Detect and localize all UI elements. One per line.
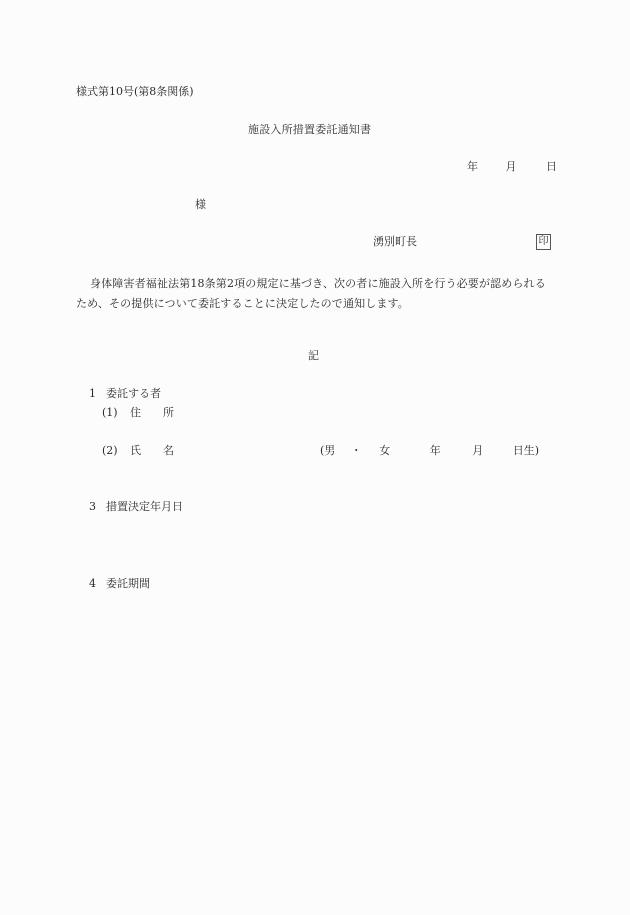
item-number: 1 [89, 388, 106, 399]
gender-male-label: (男 [320, 445, 335, 456]
ki-heading: 記 [308, 350, 319, 361]
date-month-label: 月 [506, 161, 517, 172]
item-label: 委託期間 [106, 577, 150, 590]
sub-item-label-b: 所 [163, 406, 174, 419]
gender-female-label: 女 [379, 445, 390, 456]
birth-month-label: 月 [472, 445, 483, 456]
date-line: 年 月 日 [467, 161, 557, 172]
item-entrust-period: 4委託期間 [89, 578, 150, 589]
sub-item-label-a: 氏 [130, 445, 141, 456]
seal-icon: 印 [536, 234, 551, 250]
item-label: 措置決定年月日 [106, 500, 183, 513]
sub-item-name: (2)氏名 [102, 445, 174, 456]
sub-item-address: (1)住所 [102, 407, 174, 418]
date-year-label: 年 [467, 161, 478, 172]
body-text: 身体障害者福祉法第18条第2項の規定に基づき、次の者に施設入所を行う必要が認めら… [76, 274, 556, 314]
form-number: 様式第10号(第8条関係) [76, 86, 194, 97]
item-label: 委託する者 [106, 387, 161, 400]
item-entrusted-person: 1委託する者 [89, 388, 161, 399]
gender-birthdate: (男 ・ 女 年 月 日生) [320, 445, 539, 456]
item-number: 3 [89, 501, 106, 512]
gender-separator: ・ [351, 445, 362, 456]
item-number: 4 [89, 578, 106, 589]
document-title: 施設入所措置委託通知書 [248, 124, 371, 135]
item-decision-date: 3措置決定年月日 [89, 501, 183, 512]
sub-item-number: (1) [102, 407, 130, 418]
sub-item-label-b: 名 [163, 444, 174, 457]
issuer-name: 湧別町長 [373, 236, 417, 247]
sub-item-label-a: 住 [130, 407, 141, 418]
sub-item-number: (2) [102, 445, 130, 456]
birth-day-label: 日生) [513, 445, 539, 456]
addressee-suffix: 様 [195, 199, 206, 210]
birth-year-label: 年 [430, 445, 441, 456]
date-day-label: 日 [546, 161, 557, 172]
